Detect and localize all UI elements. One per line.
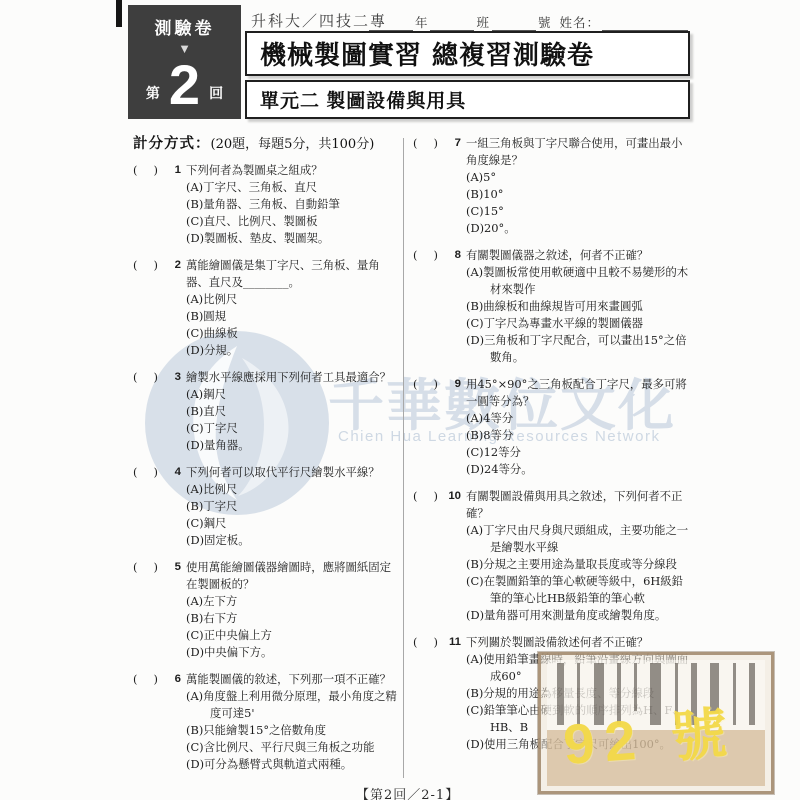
question-number: 2 [167, 257, 181, 359]
question-text: 有關製圖設備與用具之敘述，下列何者不正確？ [466, 488, 690, 522]
option: (B)只能繪製15°之倍數角度 [186, 722, 399, 739]
option: (C)直尺、比例尺、製圖板 [186, 213, 399, 230]
round-badge: 測驗卷 ▼ 第 2 回 [128, 5, 241, 119]
option: (C)鋼尺 [186, 515, 399, 532]
question-number: 5 [167, 559, 181, 661]
question-body: 一組三角板與丁字尺聯合使用，可畫出最小角度線是？(A)5°(B)10°(C)15… [466, 135, 690, 237]
questions-column-left: 計分方式：(20題，每題5分，共100分) ()1下列何者為製圖桌之組成？(A)… [133, 132, 399, 800]
option: (B)量角器、三角板、自動鉛筆 [186, 196, 399, 213]
option: (C)12等分 [466, 444, 690, 461]
option: (A)4等分 [466, 410, 690, 427]
answer-paren: () [413, 488, 447, 624]
answer-paren: () [133, 671, 167, 773]
question-number: 8 [447, 247, 461, 366]
question-number: 9 [447, 376, 461, 478]
question-number: 11 [447, 634, 461, 753]
question-item: ()2萬能繪圖儀是集丁字尺、三角板、量角器、直尺及________。(A)比例尺… [133, 257, 399, 359]
question-body: 萬能製圖儀的敘述，下列那一項不正確？(A)角度盤上利用微分原理，最小角度之精度可… [186, 671, 399, 773]
question-text: 下列何者可以取代平行尺繪製水平線？ [186, 464, 399, 481]
question-item: ()9用45°×90°之三角板配合丁字尺，最多可將一圓等分為？(A)4等分(B)… [413, 376, 690, 478]
option: (A)製圖板常使用軟硬適中且較不易變形的木材來製作 [466, 264, 690, 298]
name-blank-line [602, 17, 688, 31]
question-text: 萬能製圖儀的敘述，下列那一項不正確？ [186, 671, 399, 688]
scoring-line: 計分方式：(20題，每題5分，共100分) [133, 132, 399, 153]
question-text: 繪製水平線應採用下列何者工具最適合？ [186, 369, 399, 386]
option: (B)10° [466, 186, 690, 203]
option: (B)右下方 [186, 610, 399, 627]
option: (B)丁字尺 [186, 498, 399, 515]
option: (B)分規之主要用途為量取長度或等分線段 [466, 556, 690, 573]
question-text: 一組三角板與丁字尺聯合使用，可畫出最小角度線是？ [466, 135, 690, 169]
option: (A)比例尺 [186, 291, 399, 308]
question-text: 用45°×90°之三角板配合丁字尺，最多可將一圓等分為？ [466, 376, 690, 410]
question-body: 下列何者可以取代平行尺繪製水平線？(A)比例尺(B)丁字尺(C)鋼尺(D)固定板… [186, 464, 399, 549]
number-blank-line [492, 17, 536, 31]
option: (A)丁字尺、三角板、直尺 [186, 179, 399, 196]
question-body: 下列何者為製圖桌之組成？(A)丁字尺、三角板、直尺(B)量角器、三角板、自動鉛筆… [186, 162, 399, 247]
option: (D)量角器。 [186, 437, 399, 454]
footer-page-label: 【第2回／2-1】 [356, 784, 459, 800]
answer-paren: () [413, 247, 447, 366]
option: (A)鋼尺 [186, 386, 399, 403]
answer-paren: () [133, 369, 167, 454]
question-body: 使用萬能繪圖儀器繪圖時，應將圖紙固定在製圖板的？(A)左下方(B)右下方(C)正… [186, 559, 399, 661]
option: (D)24等分。 [466, 461, 690, 478]
answer-paren: () [133, 257, 167, 359]
question-body: 有關製圖設備與用具之敘述，下列何者不正確？(A)丁字尺由尺身與尺頭組成，主要功能… [466, 488, 690, 624]
option: (A)丁字尺由尺身與尺頭組成，主要功能之一是繪製水平線 [466, 522, 690, 556]
question-number: 1 [167, 162, 181, 247]
question-number: 4 [167, 464, 181, 549]
option: (C)15° [466, 203, 690, 220]
option: (A)左下方 [186, 593, 399, 610]
name-label: 姓名： [559, 15, 600, 30]
option: (D)分規。 [186, 342, 399, 359]
option: (C)正中央偏上方 [186, 627, 399, 644]
exam-paper-page: 測驗卷 ▼ 第 2 回 升科大／四技二專 年班號 姓名： 機械製圖實習 總複習測… [0, 0, 800, 800]
title-box: 機械製圖實習 總複習測驗卷 [245, 31, 690, 76]
question-text: 萬能繪圖儀是集丁字尺、三角板、量角器、直尺及________。 [186, 257, 399, 291]
question-item: ()7一組三角板與丁字尺聯合使用，可畫出最小角度線是？(A)5°(B)10°(C… [413, 135, 690, 237]
answer-paren: () [133, 162, 167, 247]
question-body: 萬能繪圖儀是集丁字尺、三角板、量角器、直尺及________。(A)比例尺(B)… [186, 257, 399, 359]
option: (D)三角板和丁字尺配合，可以畫出15°之倍數角。 [466, 332, 690, 366]
round-number: 2 [169, 57, 200, 113]
option: (B)曲線板和曲線規皆可用來畫圓弧 [466, 298, 690, 315]
option: (D)固定板。 [186, 532, 399, 549]
unit-box: 單元二 製圖設備與用具 [245, 80, 690, 119]
question-item: ()6萬能製圖儀的敘述，下列那一項不正確？(A)角度盤上利用微分原理，最小角度之… [133, 671, 399, 773]
question-text: 有關製圖儀器之敘述，何者不正確？ [466, 247, 690, 264]
year-blank-line [369, 17, 413, 31]
option: (C)在製圖鉛筆的筆心軟硬等級中，6H級鉛筆的筆心比HB級鉛筆的筆心軟 [466, 573, 690, 607]
question-body: 繪製水平線應採用下列何者工具最適合？(A)鋼尺(B)直尺(C)丁字尺(D)量角器… [186, 369, 399, 454]
barcode-bar [749, 663, 755, 725]
answer-paren: () [133, 559, 167, 661]
answer-paren: () [133, 464, 167, 549]
year-label: 年 [415, 15, 429, 30]
option: (B)直尺 [186, 403, 399, 420]
option: (B)8等分 [466, 427, 690, 444]
question-item: ()4下列何者可以取代平行尺繪製水平線？(A)比例尺(B)丁字尺(C)鋼尺(D)… [133, 464, 399, 549]
option: (B)圓規 [186, 308, 399, 325]
unit-title: 單元二 製圖設備與用具 [247, 86, 466, 113]
badge-label: 測驗卷 [128, 14, 241, 39]
question-number: 3 [167, 369, 181, 454]
option: (D)中央偏下方。 [186, 644, 399, 661]
option: (D)可分為懸臂式與軌道式兩種。 [186, 756, 399, 773]
question-item: ()3繪製水平線應採用下列何者工具最適合？(A)鋼尺(B)直尺(C)丁字尺(D)… [133, 369, 399, 454]
question-number: 6 [167, 671, 181, 773]
sticker-number: 92 號 [560, 689, 739, 781]
option: (D)20°。 [466, 220, 690, 237]
option: (A)5° [466, 169, 690, 186]
scoring-detail: (20題，每題5分，共100分) [211, 137, 375, 152]
question-body: 用45°×90°之三角板配合丁字尺，最多可將一圓等分為？(A)4等分(B)8等分… [466, 376, 690, 478]
answer-paren: () [413, 376, 447, 478]
option: (C)含比例尺、平行尺與三角板之功能 [186, 739, 399, 756]
round-suffix: 回 [209, 83, 223, 103]
question-text: 使用萬能繪圖儀器繪圖時，應將圖紙固定在製圖板的？ [186, 559, 399, 593]
student-fields: 年班號 姓名： [369, 13, 688, 31]
number-label: 號 [538, 15, 552, 30]
option: (D)製圖板、墊皮、製圖架。 [186, 230, 399, 247]
exam-title: 機械製圖實習 總複習測驗卷 [247, 35, 594, 72]
class-label: 班 [476, 15, 490, 30]
answer-paren: () [413, 135, 447, 237]
column-divider [403, 138, 404, 778]
question-number: 7 [447, 135, 461, 237]
question-text: 下列關於製圖設備敘述何者不正確？ [466, 634, 690, 651]
option: (C)丁字尺為專畫水平線的製圖儀器 [466, 315, 690, 332]
option: (D)量角器可用來測量角度或繪製角度。 [466, 607, 690, 624]
track-label: 升科大／四技二專 [251, 10, 387, 31]
question-item: ()5使用萬能繪圖儀器繪圖時，應將圖紙固定在製圖板的？(A)左下方(B)右下方(… [133, 559, 399, 661]
class-blank-line [430, 17, 474, 31]
price-sticker: 92 號 [538, 652, 774, 794]
question-body: 有關製圖儀器之敘述，何者不正確？(A)製圖板常使用軟硬適中且較不易變形的木材來製… [466, 247, 690, 366]
question-item: ()1下列何者為製圖桌之組成？(A)丁字尺、三角板、直尺(B)量角器、三角板、自… [133, 162, 399, 247]
option: (C)曲線板 [186, 325, 399, 342]
option: (A)角度盤上利用微分原理，最小角度之精度可達5' [186, 688, 399, 722]
question-item: ()8有關製圖儀器之敘述，何者不正確？(A)製圖板常使用軟硬適中且較不易變形的木… [413, 247, 690, 366]
answer-paren: () [413, 634, 447, 753]
option: (C)丁字尺 [186, 420, 399, 437]
option: (A)比例尺 [186, 481, 399, 498]
scan-edge-artifact [116, 0, 122, 27]
question-number: 10 [447, 488, 461, 624]
scoring-label: 計分方式： [133, 136, 211, 152]
round-line: 第 2 回 [128, 57, 241, 113]
question-text: 下列何者為製圖桌之組成？ [186, 162, 399, 179]
question-item: ()10有關製圖設備與用具之敘述，下列何者不正確？(A)丁字尺由尺身與尺頭組成，… [413, 488, 690, 624]
round-prefix: 第 [146, 83, 160, 103]
